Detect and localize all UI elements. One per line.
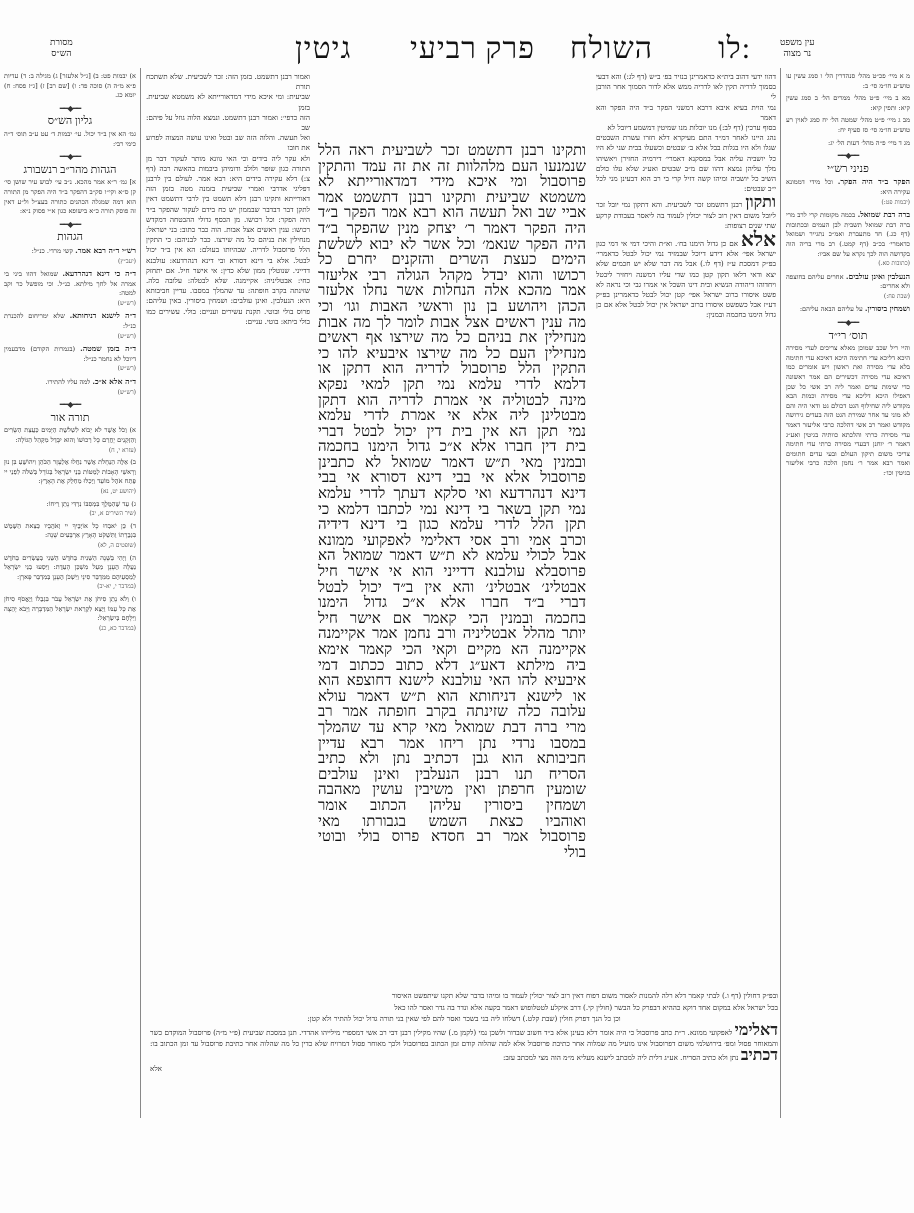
bottom-entry-text: נתן ולא כתיב הסריח. אע״ג דלית ליה למכתב …: [503, 1053, 739, 1062]
gilyon-hashas-text: גמ׳ הא אין ב״ד יכול. עי׳ יבמות ד׳ עט ע״ב…: [4, 130, 136, 149]
tosafot-heading-word: אלא: [741, 229, 776, 251]
gemara-line: ושמחין ביסורין עליהן הכתוב אומר: [318, 799, 586, 815]
dibur-hamatchil: ד״ה כי דינא דנהרדעא.: [62, 269, 136, 278]
gemara-line: בית דין חברו אלא א״כ גדול הימנו בחכמה: [318, 440, 586, 456]
ornament-divider: ━━◆━━: [4, 104, 136, 114]
gemara-line: עלובה כלה שזינתה בקרב חופתה אמר רב: [318, 705, 586, 721]
entry-text: קשי מרדי. כנ״ל:: [32, 247, 73, 255]
tosafot-line: דהוו ידעי דהוב בית״א כדאמרינן בנזיר בפ׳ …: [596, 72, 776, 82]
chapter-name: השולח: [570, 32, 653, 66]
source-ref: (עזרא י, ח): [4, 446, 136, 456]
section-title-tosafot-rid: תוס׳ רי״ד: [786, 332, 910, 342]
gemara-last-line: בולי: [318, 846, 586, 862]
dibur-hamatchil: ושמחין ביסורין.: [865, 304, 910, 313]
dibur-hamatchil: ד״ה בזמן שמטה.: [80, 344, 136, 353]
penini-rashi-entry: ברה דבת שמואל. בכמה מקומות קרי לרב מרי ב…: [786, 210, 910, 269]
section-title-hagahot: הגהות: [4, 233, 136, 243]
gemara-line: תקן הלל לדרי עלמא כגון בי דינא דידיה: [318, 518, 586, 534]
dibur-hamatchil: ד״ה לישנא דניחותא.: [70, 311, 136, 320]
verse-text: ד) כֵּן יֹאבְדוּ כָל אוֹיְבֶיךָ יי וְאֹה…: [4, 522, 136, 540]
tosafot-commentary: דהוו ידעי דהוב בית״א כדאמרינן בנזיר בפ׳ …: [596, 72, 776, 982]
penini-rashi-entries: הפקר ב״ד היה הפקר. וכל מידי דממונא עקירה…: [786, 177, 910, 315]
ein-mishpat-entries: מ א מיי׳ פכ״ט מהל׳ סנהדרין הל׳ ו סמג עשי…: [786, 72, 910, 148]
left-margin: א) יבמות פט: ב) [ג״ל אלעזר] ג) מגילה ב: …: [4, 72, 136, 1122]
rashi-line: ואמור רבנן דתשמט. בזמן הזה: זכר לשביעית.…: [146, 72, 310, 92]
source-ref: (במדבר כא, כג): [4, 624, 136, 634]
gemara-line: מרי ברה דבת שמואל מאי קרא עד שהמלך: [318, 721, 586, 737]
gemara-line: הכהן ויהושע בן נון וראשי האבות וגו׳ וכי: [318, 300, 586, 316]
gemara-line: שומעין חרפתן ואין משיבין עושין מאהבה: [318, 783, 586, 799]
bottom-line: ובפ״ק דחולין (דף ו.) לבתי קאמר דלא רלה ל…: [150, 990, 778, 1002]
tosafot-line: בסוף ערכין (דף לב:) מנו יובלות מנו שמיטי…: [596, 123, 776, 133]
dibur-hamatchil: ברה דבת שמואל.: [858, 210, 910, 219]
gemara-line: התקין הלל פרוסבול לדריה הוא דתקן או: [318, 362, 586, 378]
verse-text: ו) וְלֹא נָתַן סִיחֹן אֶת יִשְׂרָאֵל עֲב…: [4, 595, 136, 622]
gemara-line: אבטלינ׳ אבטלינ׳ והא אין ב״ד יכול לבטל: [318, 581, 586, 597]
section-title-hagahot-maharav: הגהות מהר״ב רנשבורג: [4, 166, 136, 176]
gemara-line: ותקינו רבנן דתשמט זכר לשביעית ראה הלל: [318, 144, 586, 160]
gemara-line: איבעיא להו האי עולבנא לישנא דחוצפא הוא: [318, 674, 586, 690]
gemara-line: אבל לכולי עלמא לא ת״ש דאמר שמואל הא: [318, 549, 586, 565]
verse-text: ב) אֵלֶּה הַנְּחָלֹת אֲשֶׁר נִחֲלוּ אֶלְ…: [4, 458, 136, 485]
source-ref: (רש״ש): [4, 332, 136, 342]
rashi-line: הזה כדפי׳: ואמור רבנן דתשמט. ונמצא הלוה …: [146, 113, 310, 133]
gemara-line: שנמנעו העם מלהלוות זה את זה עמד והתקין: [318, 160, 586, 176]
gemara-line: הימים כעצת השרים והזקנים יחרם כל: [318, 253, 586, 269]
gemara-line: יותר מהלל אבטליניה ורב נחמן אמר אקיימנה: [318, 627, 586, 643]
ein-mishpat-entry: מב ג מיי׳ פ״ט מהל׳ שמטה הל׳ יח סמג לאוין…: [786, 116, 910, 135]
tosafot-line: בסמוך לדריה תקין לאו לדריה ממש אלא לדור …: [596, 82, 776, 102]
ornament-divider: ━━◆━━: [786, 318, 910, 328]
rashi-line: ואל תעשה. והלוה הזה שב ובטל ואינו עושה ה…: [146, 133, 310, 153]
gemara-line: חביבותא הוא גבן דכתיב נתן ולא כתיב: [318, 752, 586, 768]
masoret-hashas-entries: א) יבמות פט: ב) [ג״ל אלעזר] ג) מגילה ב: …: [4, 72, 136, 101]
dibur-hamatchil: הפקר ב״ד היה הפקר.: [838, 177, 910, 186]
source-ref: (יבמות פט:): [786, 198, 910, 208]
column-divider: [140, 68, 141, 1118]
hagahot-entry: רש״י ד״ה רבא אמר. קשי מרדי. כנ״ל:(יעב״ץ): [4, 246, 136, 266]
dibur-hamatchil: רש״י ד״ה רבא אמר.: [75, 246, 136, 255]
gemara-line: נמי תקן הא אין בית דין יכול לבטל דברי: [318, 425, 586, 441]
rashi-body: ולא עקר ליה בידים וכי האי גוונא מותר לעק…: [146, 154, 310, 327]
bottom-entry: דאלימי לאפקועי ממונא. ר״ת כתב פרוסבול כי…: [150, 1025, 778, 1064]
tosafot-entry-text: אם כן גדול הימנו בח׳. וא״ת והיכי דמי אי …: [596, 239, 776, 319]
ornament-divider: ━━◆━━: [786, 151, 910, 161]
bottom-line: וכן כל הנך דפרק חולין (שבת קלט.) דשלחו ל…: [150, 1013, 778, 1025]
section-title-torah-or: תורה אור: [4, 414, 136, 424]
ornament-divider: ━━◆━━: [4, 152, 136, 162]
section-title-gilyon-hashas: גליון הש״ס: [4, 117, 136, 127]
gemara-line: אביי שב ואל תעשה הוא רבא אמר הפקר ב״ד: [318, 206, 586, 222]
bottom-line: בכל ישראל אלא במקום אחד דוקא כההיא דבפרק…: [150, 1002, 778, 1014]
rashi-commentary: ואמור רבנן דתשמט. בזמן הזה: זכר לשביעית.…: [146, 72, 310, 982]
tosafot-entry: ותקון רבנן דתשמט זכר לשביעית. והא דתקון …: [596, 198, 776, 231]
gemara-text: ותקינו רבנן דתשמט זכר לשביעית ראה הללשנמ…: [318, 144, 586, 861]
catchword: אלא: [150, 1063, 778, 1075]
gemara-line: פרוסבול ומי איכא מידי דמדאורייתא לא: [318, 175, 586, 191]
ein-mishpat-header: עין משפט נר מצוה: [780, 38, 814, 60]
hagahot-maharav-text: א] גמ׳ ר״א אמר מהכא. נ״ב עי׳ לבוש עיר שו…: [4, 178, 136, 216]
ein-mishpat-entry: מ א מיי׳ פכ״ט מהל׳ סנהדרין הל׳ ו סמג עשי…: [786, 72, 910, 91]
hagahot-entry: ד״ה לישנא דניחותא. שלא ימריחום להכנרת כנ…: [4, 311, 136, 341]
masoret-label: מסורת: [50, 38, 73, 49]
gemara-line: דינא דנהרדעא ואי סלקא דעתך לדרי עלמא: [318, 487, 586, 503]
bottom-tosafot: ובפ״ק דחולין (דף ו.) לבתי קאמר דלא רלה ל…: [150, 990, 778, 1075]
source-ref: (יהושע יט, נא): [4, 487, 136, 497]
page-header: עין משפט נר מצוה לו: השולח פרק רביעי גיט…: [0, 38, 914, 68]
tosafot-body: נהג היינו לאחר דמ״ד התם מעיקרא דלא חזרו …: [596, 133, 776, 194]
entry-text: למה עליו להתירו.: [45, 378, 90, 386]
source-ref: (יעב״ץ): [4, 257, 136, 267]
torah-or-entry: ה) וַיְהִי בַּשָּׁנָה הַשֵּׁנִית בַּחֹדֶ…: [4, 554, 136, 592]
hagahot-entry: ד״ה בזמן שמטה. (בגמרות הקודם) מדבעמין די…: [4, 344, 136, 374]
hagahot-entry: ד״ה אלא א״כ. למה עליו להתירו.(רש״ש): [4, 377, 136, 397]
hashas-label: הש״ס: [50, 49, 73, 60]
ein-mishpat-entry: מג ד מיי׳ פ״ה מהל׳ דעות הל׳ יג:: [786, 139, 910, 149]
ein-mishpat-entry: מא ב מיי׳ פ״ט מהל׳ ממרים הל׳ ב סמג עשין …: [786, 94, 910, 113]
ornament-divider: ━━◆━━: [4, 220, 136, 230]
torah-or-entry: ו) וְלֹא נָתַן סִיחֹן אֶת יִשְׂרָאֵל עֲב…: [4, 595, 136, 633]
gemara-line: רכושו והוא יבדל מקהל הגולה רבי אליעזר: [318, 269, 586, 285]
tosafot-rid-text: והיי ריל שכב שמוכן מאלא צריכים לעדי מסיר…: [786, 344, 910, 478]
verse-text: א) וְכֹל אֲשֶׁר לֹא יָבוֹא לִשְׁלֹשֶׁת ה…: [4, 426, 136, 444]
daf-number: לו:: [718, 32, 751, 66]
dibur-hamatchil: הנעלבין ואינן עולבים.: [846, 272, 910, 281]
gemara-line: פרוסבלא עולבנא דדייני הוא אי אישר חיל: [318, 565, 586, 581]
source-ref: (שופטים ה, לא): [4, 541, 136, 551]
torah-or-entry: ד) כֵּן יֹאבְדוּ כָל אוֹיְבֶיךָ יי וְאֹה…: [4, 522, 136, 551]
gemara-line: פרוסבול אלא אי בבי דינא דסורא אי בבי: [318, 471, 586, 487]
gemara-top-anchor: [318, 138, 586, 140]
bottom-entry-text: לאפקועי ממונא. ר״ת כתב פרוסבול כי היה או…: [150, 1028, 778, 1049]
source-ref: (רש״ש): [4, 388, 136, 398]
tosafot-heading-word: דכתיב: [741, 1047, 778, 1064]
penini-rashi-entry: הנעלבין ואינן עולבים. אחרים עליהם בחוצפה…: [786, 272, 910, 302]
gemara-line: מינה לבטוליה אי אמרת לדריה הוא דתקן: [318, 394, 586, 410]
dibur-hamatchil: ד״ה אלא א״כ.: [92, 377, 136, 386]
gemara-line: היה הפקר שנאמ׳ וכל אשר לא יבוא לשלשת: [318, 238, 586, 254]
source-ref: (כתובות סא.): [786, 259, 910, 269]
tosafot-heading-word: ותקון: [745, 194, 776, 211]
torah-or-entry: א) וְכֹל אֲשֶׁר לֹא יָבוֹא לִשְׁלֹשֶׁת ה…: [4, 426, 136, 455]
right-margin: מ א מיי׳ פכ״ט מהל׳ סנהדרין הל׳ ו סמג עשי…: [786, 72, 910, 1112]
gemara-line: אמר מהכא אלה הנחלות אשר נחלו אלעזר: [318, 284, 586, 300]
gemara-line: מנחילין העם כל מה שירצו איבעיא להו כי: [318, 347, 586, 363]
source-ref: (במדבר י, יא-יב): [4, 582, 136, 592]
ner-mitzvah-label: נר מצוה: [780, 49, 814, 60]
gemara-line: אקיימנה הא מקיים וקאי הכי קאמר אימא: [318, 643, 586, 659]
hagahot-entry: ד״ה כי דינא דנהרדעא. שמואל דהוו ביני בי …: [4, 269, 136, 308]
torah-or-entry: ג) עַד שֶׁהַמֶּלֶךְ בִּמְסִבּוֹ נִרְדִּי…: [4, 500, 136, 519]
chapter-number: פרק רביעי: [410, 32, 535, 66]
column-divider: [780, 68, 781, 1118]
gemara-line: מבטלינן ליה אלא אי אמרת לדרי עלמא: [318, 409, 586, 425]
rashi-line: שביעית: ומי איכא מידי דמדאורייתא לא משמט…: [146, 92, 310, 112]
gemara-line: היה הפקר דאמר ר׳ יצחק מנין שהפקר ב״ד: [318, 222, 586, 238]
gemara-line: ביה מילתא דאע״ג דלא כתוב ככתוב דמי: [318, 659, 586, 675]
ein-mishpat-label: עין משפט: [780, 38, 814, 49]
ornament-divider: ━━◆━━: [4, 400, 136, 410]
gemara-line: נמי תקן בשאר בי דינא נמי לכתבו דלמא כי: [318, 503, 586, 519]
gemara-line: מנחילין את בניהם כל מה שירצו אף ראשים: [318, 331, 586, 347]
penini-rashi-entry: הפקר ב״ד היה הפקר. וכל מידי דממונא עקירה…: [786, 177, 910, 207]
source-ref: (שיר השירים א, יב): [4, 509, 136, 519]
gemara-line: פרוסבול אמר רב חסדא פרוס בולי ובוטי: [318, 830, 586, 846]
gemara-line: במסבו נרדי נתן ריחו אמר רבא עדיין: [318, 737, 586, 753]
tosafot-entry: אלא אם כן גדול הימנו בח׳. וא״ת והיכי דמי…: [596, 235, 776, 321]
tosafot-line: נמי הוית בעיא איבא דרבא דמשני הפקר ב״ד ה…: [596, 103, 776, 123]
verse-text: ג) עַד שֶׁהַמֶּלֶךְ בִּמְסִבּוֹ נִרְדִּי…: [46, 500, 136, 508]
torah-or-entry: ב) אֵלֶּה הַנְּחָלֹת אֲשֶׁר נִחֲלוּ אֶלְ…: [4, 458, 136, 496]
gemara-line: דברי ב״ד חברו אלא א״כ גדול הימנו: [318, 596, 586, 612]
entry-text: על עליהם הבאה עליהם:: [800, 305, 863, 313]
source-ref: (רש״ש): [4, 364, 136, 374]
source-ref: (שבת פח:): [786, 292, 910, 302]
verse-text: ה) וַיְהִי בַּשָּׁנָה הַשֵּׁנִית בַּחֹדֶ…: [4, 554, 136, 581]
gemara-line: מה ענין ראשים אצל אבות לומר לך מה אבות: [318, 316, 586, 332]
tractate-name: גיטין: [295, 32, 351, 66]
section-title-penini-rashi: פניני רש״י: [786, 165, 910, 175]
gemara-line: דלמא לדרי עלמא נמי תקן למאי נפקא: [318, 378, 586, 394]
gemara-line: ואוהביו כצאת השמש בגבורתו מאי: [318, 815, 586, 831]
source-ref: (רש״ש): [4, 299, 136, 309]
penini-rashi-entry: ושמחין ביסורין. על עליהם הבאה עליהם:: [786, 304, 910, 315]
rashi-top-lines: ואמור רבנן דתשמט. בזמן הזה: זכר לשביעית.…: [146, 72, 310, 154]
masoret-header: מסורת הש״ס: [50, 38, 73, 60]
gemara-line: הסריח תנו רבנן הנעלבין ואינן עולבים: [318, 768, 586, 784]
tosafot-heading-word: דאלימי: [735, 1022, 778, 1039]
